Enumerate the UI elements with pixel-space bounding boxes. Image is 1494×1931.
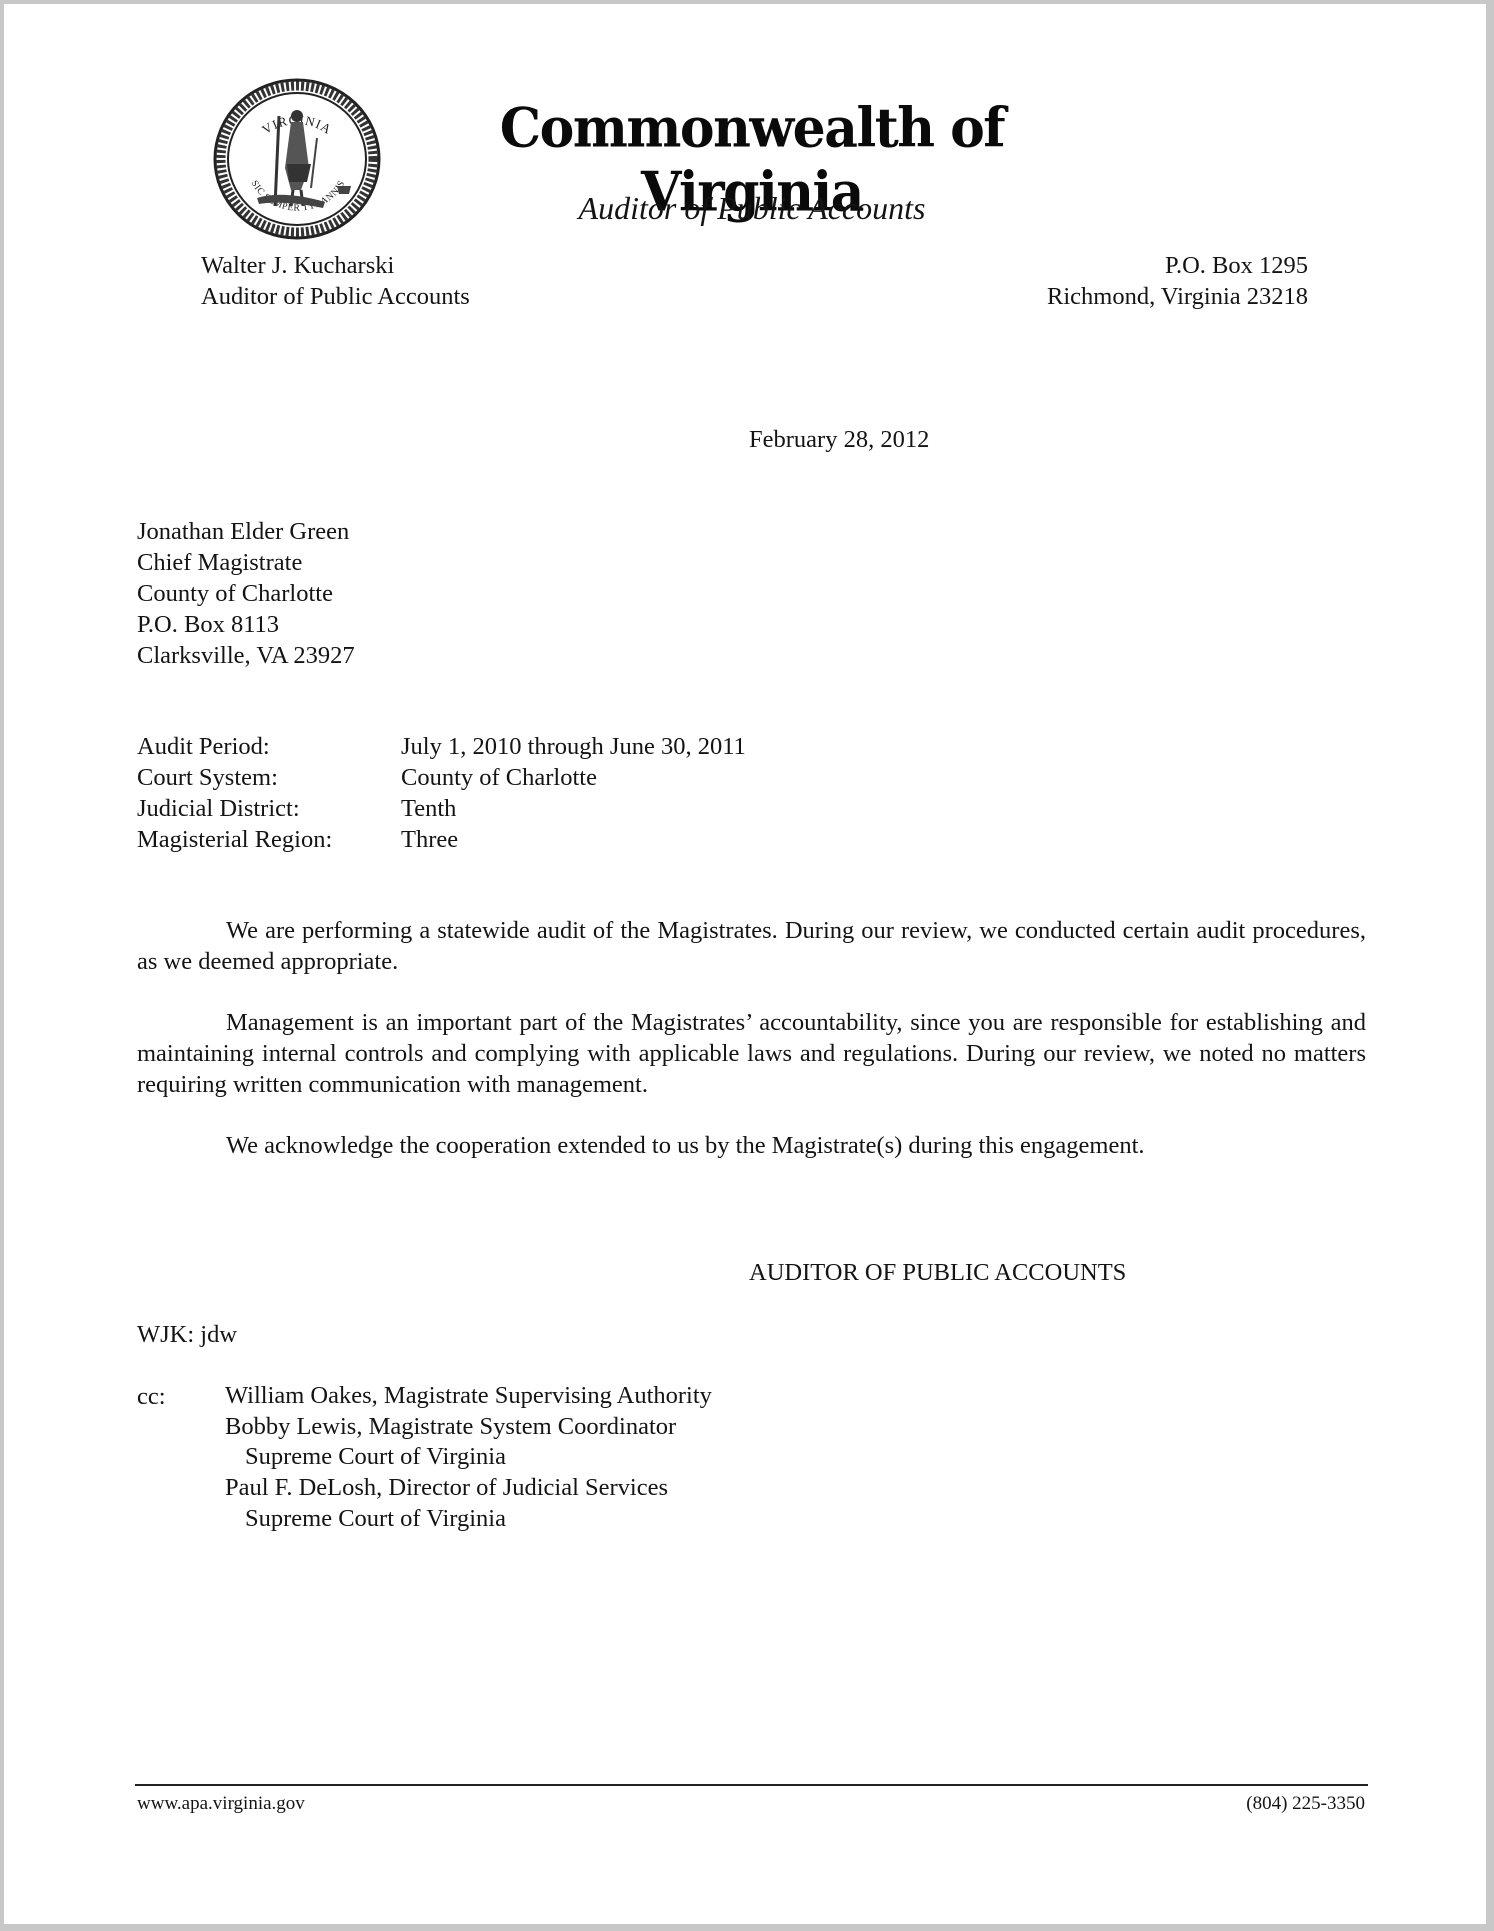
cc-entry: William Oakes, Magistrate Supervising Au… bbox=[225, 1381, 712, 1412]
audit-info-value: Tenth bbox=[401, 793, 456, 824]
sender-block: Walter J. Kucharski Auditor of Public Ac… bbox=[201, 250, 470, 312]
audit-info-table: Audit Period: July 1, 2010 through June … bbox=[137, 731, 746, 855]
recipient-line: County of Charlotte bbox=[137, 578, 355, 609]
cc-entry-affiliation: Supreme Court of Virginia bbox=[225, 1504, 712, 1535]
sender-name: Walter J. Kucharski bbox=[201, 250, 470, 281]
recipient-line: P.O. Box 8113 bbox=[137, 609, 355, 640]
footer-phone: (804) 225-3350 bbox=[1164, 1792, 1365, 1816]
audit-info-label: Audit Period: bbox=[137, 731, 401, 762]
letter-date: February 28, 2012 bbox=[749, 424, 929, 455]
audit-info-row: Court System: County of Charlotte bbox=[137, 762, 746, 793]
audit-info-row: Audit Period: July 1, 2010 through June … bbox=[137, 731, 746, 762]
audit-info-label: Court System: bbox=[137, 762, 401, 793]
cc-list: William Oakes, Magistrate Supervising Au… bbox=[225, 1381, 712, 1535]
letter-page: VIRGINIA SIC SEMPER TYRANNIS Commonwealt… bbox=[4, 4, 1486, 1924]
audit-info-value: July 1, 2010 through June 30, 2011 bbox=[401, 731, 746, 762]
sender-address: P.O. Box 1295 Richmond, Virginia 23218 bbox=[1004, 250, 1308, 312]
audit-info-row: Judicial District: Tenth bbox=[137, 793, 746, 824]
virginia-seal-icon: VIRGINIA SIC SEMPER TYRANNIS bbox=[213, 78, 381, 240]
audit-info-label: Judicial District: bbox=[137, 793, 401, 824]
audit-info-value: County of Charlotte bbox=[401, 762, 597, 793]
address-line-1: P.O. Box 1295 bbox=[1004, 250, 1308, 281]
letterhead-subtitle: Auditor of Public Accounts bbox=[432, 188, 1072, 228]
audit-info-label: Magisterial Region: bbox=[137, 824, 401, 855]
footer-website: www.apa.virginia.gov bbox=[137, 1792, 305, 1816]
letter-body: We are performing a statewide audit of t… bbox=[137, 916, 1366, 1162]
audit-info-value: Three bbox=[401, 824, 458, 855]
cc-entry: Bobby Lewis, Magistrate System Coordinat… bbox=[225, 1412, 712, 1443]
recipient-line: Chief Magistrate bbox=[137, 547, 355, 578]
recipient-line: Clarksville, VA 23927 bbox=[137, 640, 355, 671]
signature-block: AUDITOR OF PUBLIC ACCOUNTS bbox=[749, 1257, 1126, 1288]
cc-label: cc: bbox=[137, 1381, 166, 1412]
cc-entry: Paul F. DeLosh, Director of Judicial Ser… bbox=[225, 1473, 712, 1504]
cc-entry-affiliation: Supreme Court of Virginia bbox=[225, 1442, 712, 1473]
recipient-address: Jonathan Elder Green Chief Magistrate Co… bbox=[137, 516, 355, 671]
body-paragraph: Management is an important part of the M… bbox=[137, 1008, 1366, 1100]
address-line-2: Richmond, Virginia 23218 bbox=[1004, 281, 1308, 312]
footer-divider bbox=[135, 1784, 1368, 1786]
audit-info-row: Magisterial Region: Three bbox=[137, 824, 746, 855]
recipient-line: Jonathan Elder Green bbox=[137, 516, 355, 547]
body-paragraph: We acknowledge the cooperation extended … bbox=[137, 1131, 1366, 1162]
body-paragraph: We are performing a statewide audit of t… bbox=[137, 916, 1366, 977]
reference-initials: WJK: jdw bbox=[137, 1319, 237, 1350]
sender-title: Auditor of Public Accounts bbox=[201, 281, 470, 312]
